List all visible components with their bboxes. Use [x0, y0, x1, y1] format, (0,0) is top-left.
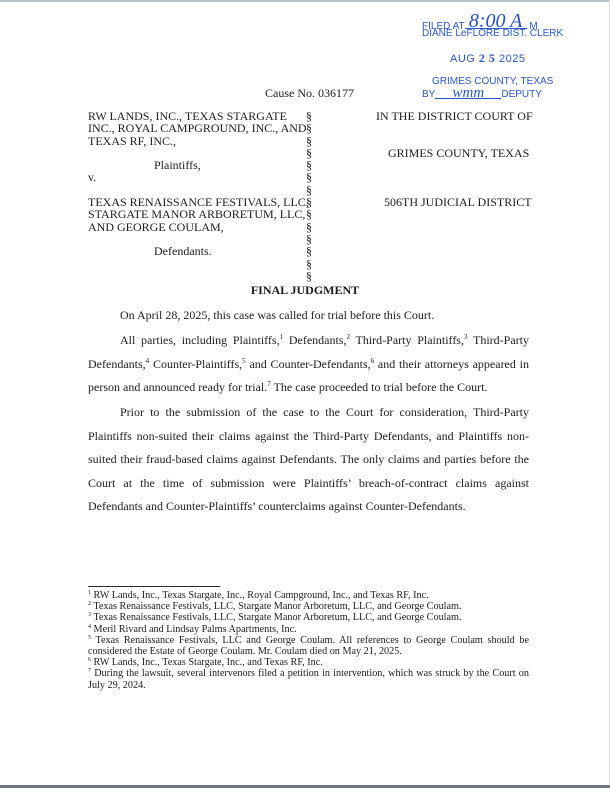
paragraph-1: On April 28, 2025, this case was called … [88, 304, 529, 328]
section-symbol: § [306, 171, 316, 183]
footnote: 4 Meril Rivard and Lindsay Palms Apartme… [88, 624, 529, 635]
filed-day: 2 5 [479, 51, 496, 65]
filing-stamp: FILED AT8:00 A M DIANE LeFLORE DIST. CLE… [420, 6, 590, 23]
court-line-3: 506TH JUDICIAL DISTRICT [376, 196, 536, 208]
filed-year: 2025 [499, 53, 525, 65]
clerk-name: DIANE LeFLORE DIST. CLERK [422, 28, 563, 40]
plaintiffs-label: Plaintiffs, [88, 159, 308, 171]
footnote: 6 RW Lands, Inc., Texas Stargate, Inc., … [88, 657, 529, 668]
section-symbol: § [306, 258, 316, 270]
paragraph-2: All parties, including Plaintiffs,1 Defe… [88, 329, 529, 400]
footnote: 3 Texas Renaissance Festivals, LLC, Star… [88, 612, 529, 623]
paragraph-3: Prior to the submission of the case to t… [88, 401, 529, 519]
deputy-label: DEPUTY [501, 89, 542, 100]
defendants-label: Defendants. [88, 245, 308, 257]
section-symbol: § [306, 122, 316, 134]
section-symbol: § [306, 208, 316, 220]
section-symbol: § [306, 270, 316, 282]
by-label: BY [422, 89, 435, 100]
plaintiffs-line: INC., ROYAL CAMPGROUND, INC., AND [88, 122, 308, 134]
footnote: 1 RW Lands, Inc., Texas Stargate, Inc., … [88, 590, 529, 601]
court-line-1: IN THE DISTRICT COURT OF [376, 110, 536, 122]
footnote: 2 Texas Renaissance Festivals, LLC, Star… [88, 601, 529, 612]
defendants-line: AND GEORGE COULAM, [88, 221, 308, 233]
footnote: 5 Texas Renaissance Festivals, LLC and G… [88, 635, 529, 657]
plaintiffs-line: TEXAS RF, INC., [88, 135, 308, 147]
stamp-county: GRIMES COUNTY, TEXAS [432, 76, 553, 88]
filed-time: 8:00 A [465, 14, 527, 29]
document-body: On April 28, 2025, this case was called … [88, 304, 529, 519]
section-symbol-column: §§§§§§§§§§§§§§ [306, 110, 316, 282]
footnotes: 1 RW Lands, Inc., Texas Stargate, Inc., … [88, 590, 529, 691]
scan-top-edge [0, 0, 610, 2]
footnote: 7 During the lawsuit, several intervenor… [88, 668, 529, 690]
versus: v. [88, 171, 308, 183]
deputy-line: BYwmmDEPUTY [422, 88, 542, 101]
court-line-2: GRIMES COUNTY, TEXAS [376, 147, 536, 159]
cause-number: Cause No. 036177 [265, 86, 354, 101]
filed-date: AUG 2 5 2025 [450, 52, 525, 65]
document-title: FINAL JUDGMENT [0, 283, 610, 298]
filed-month: AUG [450, 53, 475, 65]
section-symbol: § [306, 245, 316, 257]
defendants-line: STARGATE MANOR ARBORETUM, LLC, [88, 208, 308, 220]
footnote-divider [88, 586, 220, 587]
parties-block: RW LANDS, INC., TEXAS STARGATE INC., ROY… [88, 110, 308, 258]
deputy-signature: wmm [435, 88, 501, 99]
court-block: IN THE DISTRICT COURT OF GRIMES COUNTY, … [376, 110, 536, 208]
